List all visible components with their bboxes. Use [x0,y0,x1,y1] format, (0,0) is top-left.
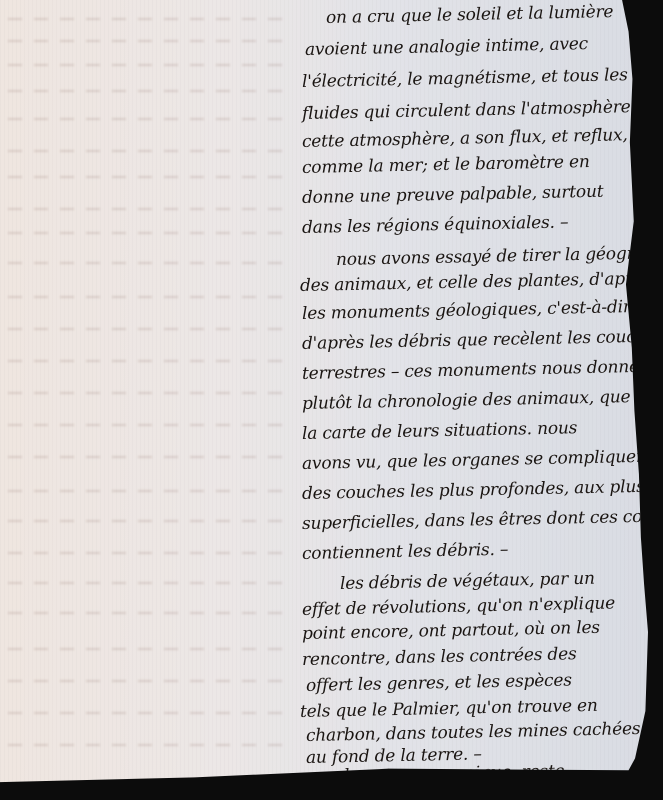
manuscript-line: charbon, dans toutes les mines cachées [306,719,641,746]
manuscript-line: effet de révolutions, qu'on n'explique [302,593,615,620]
bleed-through-line [8,296,288,298]
bleed-through-line [8,520,288,522]
bleed-through-line [8,262,288,264]
bleed-through-line [8,712,288,714]
bleed-through-line [8,360,288,362]
bleed-through-line [8,648,288,650]
manuscript-line: les monuments géologiques, c'est-à-dire [302,297,641,324]
manuscript-page: on a cru que le soleil et la lumière avo… [0,0,648,790]
bleed-through-line [8,744,288,746]
manuscript-line: la carte de leurs situations. nous [302,418,578,444]
manuscript-line: superficielles, dans les êtres dont ces … [302,506,663,534]
bleed-through-line [8,456,288,458]
bleed-through-line [8,18,288,20]
bleed-through-line [8,40,288,42]
manuscript-line: on a cru que le soleil et la lumière [326,2,614,28]
manuscript-line: rencontre, dans les contrées des [302,644,577,670]
manuscript-line: la nature organique, reste [344,761,565,786]
manuscript-line: offert les genres, et les espèces [306,670,572,696]
manuscript-line: plutôt la chronologie des animaux, que [302,387,631,414]
bleed-through-line [8,208,288,210]
bleed-through-line [8,680,288,682]
bleed-through-line [8,490,288,492]
bleed-through-line [8,424,288,426]
manuscript-line: terrestres – ces monuments nous donnent [302,357,657,384]
manuscript-line: point encore, ont partout, où on les [302,618,600,644]
bleed-through-line [8,64,288,66]
manuscript-line: donne une preuve palpable, surtout [302,182,604,208]
manuscript-line: comme la mer; et le baromètre en [302,152,590,178]
manuscript-line: nous avons essayé de tirer la géographie [336,243,663,270]
bleed-through-line [8,552,288,554]
manuscript-line: d'après les débris que recèlent les couc… [302,326,663,354]
bleed-through-line [8,176,288,178]
bleed-through-line [8,582,288,584]
bleed-through-line [8,150,288,152]
manuscript-line: des couches les plus profondes, aux plus [302,477,645,504]
manuscript-line: avoient une analogie intime, avec [305,34,588,60]
bleed-through-line [8,328,288,330]
bleed-through-line [8,90,288,92]
bleed-through-line [8,118,288,120]
manuscript-line: tels que le Palmier, qu'on trouve en [300,696,598,722]
bleed-through-line [8,392,288,394]
bleed-through-line [8,232,288,234]
bleed-through-line [8,612,288,614]
manuscript-line: cette atmosphère, a son flux, et reflux, [302,125,628,152]
manuscript-line: les débris de végétaux, par un [340,569,595,594]
manuscript-line: avons vu, que les organes se compliquent [302,447,654,474]
manuscript-line: l'électricité, le magnétisme, et tous le… [302,65,628,92]
manuscript-line: dans les régions équinoxiales. – [302,212,569,238]
manuscript-line: des animaux, et celle des plantes, d'apr… [300,269,652,296]
manuscript-line: fluides qui circulent dans l'atmosphère. [302,97,636,124]
manuscript-line: contiennent les débris. – [302,540,509,564]
